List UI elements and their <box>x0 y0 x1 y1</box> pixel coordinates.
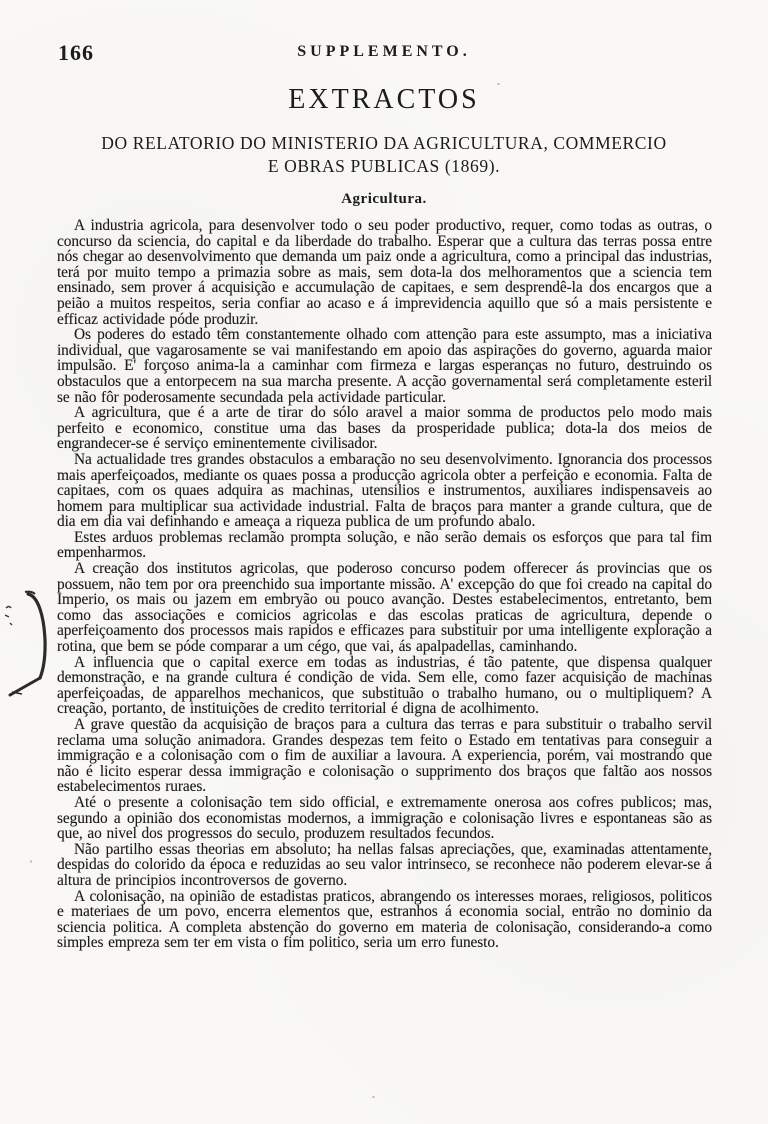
paragraph: A grave questão da acquisição de braços … <box>57 717 712 795</box>
paragraph: Na actualidade tres grandes obstaculos a… <box>57 452 712 530</box>
article-subtitle: DO RELATORIO DO MINISTERIO DA AGRICULTUR… <box>0 132 768 178</box>
scan-speck <box>372 1096 375 1098</box>
paragraph: A agricultura, que é a arte de tirar do … <box>57 405 712 452</box>
paragraph: A influencia que o capital exerce em tod… <box>57 655 712 717</box>
paragraph: Não partilho essas theorias em absoluto;… <box>57 842 712 889</box>
scan-speck <box>703 300 705 302</box>
article-title: EXTRACTOS <box>0 84 768 116</box>
paragraph: Os poderes do estado têm constantemente … <box>57 327 712 405</box>
paragraph: Até o presente a colonisação tem sido of… <box>57 795 712 842</box>
document-page: 166 SUPPLEMENTO. EXTRACTOS DO RELATORIO … <box>0 0 768 1124</box>
section-heading: Agricultura. <box>0 191 768 208</box>
article-body: A industria agricola, para desenvolver t… <box>57 218 712 951</box>
scan-speck <box>30 860 32 863</box>
article-subtitle-line1: DO RELATORIO DO MINISTERIO DA AGRICULTUR… <box>0 132 768 155</box>
scan-speck <box>497 83 500 85</box>
handwritten-margin-mark-icon <box>0 582 62 698</box>
paragraph: Estes arduos problemas reclamão prompta … <box>57 530 712 561</box>
paragraph: A industria agricola, para desenvolver t… <box>57 218 712 327</box>
paragraph: A colonisação, na opinião de estadistas … <box>57 889 712 951</box>
running-head: SUPPLEMENTO. <box>0 43 768 61</box>
article-subtitle-line2: E OBRAS PUBLICAS (1869). <box>0 155 768 178</box>
paragraph: A creação dos institutos agricolas, que … <box>57 561 712 655</box>
